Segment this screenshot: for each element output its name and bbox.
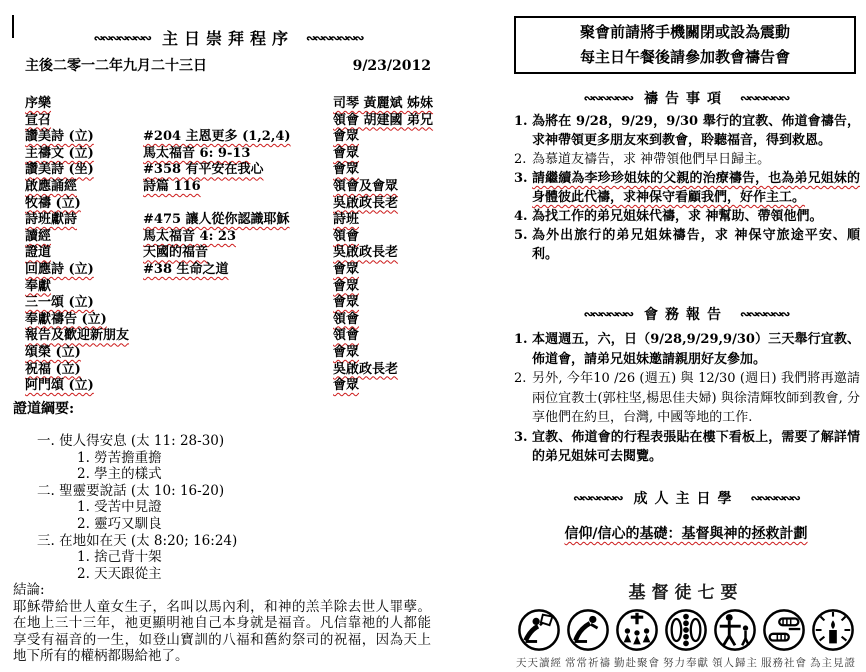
program-row: 奉獻會眾 <box>25 275 431 292</box>
ornament-chain-right: ∾∾∾∾∾∾∾ <box>306 31 362 45</box>
report-section-title: 會務報告 <box>644 304 728 324</box>
essential-item: 常常祈禱 <box>565 608 612 670</box>
item-number: 5. <box>514 226 532 264</box>
outline-point: 三. 在地如在天 (太 8:20; 16:24) <box>37 533 433 550</box>
program-row: 牧禱 (立)吳啟政長老 <box>25 192 431 209</box>
essential-item: 勤赴聚會 <box>614 608 661 670</box>
seven-essentials-section: 基督徒七要 天天讀經 常常祈禱 勤赴聚會 努力奉獻 <box>512 578 860 670</box>
serving-icon <box>762 608 806 652</box>
program-table: 序樂司琴 黃麗斌 姊妹 宣召領會 胡建國 弟兄 讚美詩 (立)#204 主恩更多… <box>25 92 431 391</box>
program-row: 詩班獻詩#475 讓人從你認識耶穌詩班 <box>25 208 431 225</box>
program-row: 主禱文 (立)馬太福音 6: 9-13會眾 <box>25 142 431 159</box>
item-number: 3. <box>514 428 532 467</box>
sermon-outline-list: 一. 使人得安息 (太 11: 28-30) 1. 勞苦擔重擔 2. 學主的樣式… <box>13 433 433 582</box>
item-text: 宜教、佈道會的行程表張貼在樓下看板上，需要了解詳情的弟兄姐妹可去閱覽。 <box>532 428 860 467</box>
offering-icon <box>664 608 708 652</box>
date-row: 主後二零一二年九月二十三日 9/23/2012 <box>25 55 431 75</box>
prayer-section-title: 禱告事項 <box>644 88 728 108</box>
program-item: 阿門頌 (立) <box>25 378 94 393</box>
program-content: #38 生命之道 <box>143 262 229 277</box>
praying-icon <box>566 608 610 652</box>
essential-label: 領人歸主 <box>712 655 758 670</box>
outline-subpoint: 2. 靈巧又馴良 <box>77 516 433 533</box>
item-text: 為找工作的弟兄姐妹代禱，求 神幫助、帶領他們。 <box>532 207 860 226</box>
item-number: 2. <box>514 369 532 428</box>
item-text: 本週週五，六，日（9/28,9/29,9/30）三天舉行宜教、佈道會，請弟兄姐妹… <box>532 330 860 369</box>
date-chinese: 主後二零一二年九月二十三日 <box>25 55 207 75</box>
report-item: 3.宜教、佈道會的行程表張貼在樓下看板上，需要了解詳情的弟兄姐妹可去閱覽。 <box>514 428 860 467</box>
report-item: 1.本週週五，六，日（9/28,9/29,9/30）三天舉行宜教、佈道會，請弟兄… <box>514 330 860 369</box>
ornament-chain-left: ∾∾∾∾∾∾ <box>584 91 632 105</box>
notice-line-2: 每主日午餐後請參加教會禱告會 <box>520 45 850 70</box>
item-text: 為外出旅行的弟兄姐妹禱告，求 神保守旅途平安、順利。 <box>532 226 860 264</box>
item-text: 為慕道友禱告，求 神帶領他們早日歸主。 <box>532 150 860 169</box>
prayer-item: 3.請繼續為李珍珍姐妹的父親的治療禱告，也為弟兄姐妹的身體彼此代禱，求神保守看顧… <box>514 169 860 207</box>
seven-essentials-icons: 天天讀經 常常祈禱 勤赴聚會 努力奉獻 領人歸主 <box>512 608 860 670</box>
item-number: 1. <box>514 112 532 150</box>
prayer-item: 2.為慕道友禱告，求 神帶領他們早日歸主。 <box>514 150 860 169</box>
ornament-chain-left: ∾∾∾∾∾∾ <box>573 491 621 505</box>
essential-label: 常常祈禱 <box>565 655 611 670</box>
outline-subpoint: 1. 捨己背十架 <box>77 549 433 566</box>
ornament-chain-right: ∾∾∾∾∾∾ <box>740 91 788 105</box>
item-text: 另外, 今年10 /26 (週五) 與 12/30 (週日) 我們將再邀請兩位宜… <box>532 369 860 428</box>
essential-label: 服務社會 <box>761 655 807 670</box>
prayer-item: 4.為找工作的弟兄姐妹代禱，求 神幫助、帶領他們。 <box>514 207 860 226</box>
program-row: 奉獻禱告 (立)領會 <box>25 308 431 325</box>
worship-order-title-row: ∾∾∾∾∾∾∾ 主日崇拜程序 ∾∾∾∾∾∾∾ <box>25 26 431 49</box>
program-row: 讀經馬太福音 4: 23領會 <box>25 225 431 242</box>
program-row: 三一頌 (立)會眾 <box>25 291 431 308</box>
essential-item: 服務社會 <box>761 608 808 670</box>
program-row: 報告及歡迎新朋友領會 <box>25 324 431 341</box>
item-number: 3. <box>514 169 532 207</box>
essential-label: 努力奉獻 <box>663 655 709 670</box>
meeting-icon <box>615 608 659 652</box>
program-row: 頌榮 (立)會眾 <box>25 341 431 358</box>
essential-label: 勤赴聚會 <box>614 655 660 670</box>
outline-subpoint: 1. 勞苦擔重擔 <box>77 450 433 467</box>
program-row: 證道天國的福音吳啟政長老 <box>25 241 431 258</box>
ornament-chain-right: ∾∾∾∾∾∾ <box>740 307 788 321</box>
sunday-school-title: 成人主日學 <box>634 488 739 508</box>
program-row: 讚美詩 (坐)#358 有平安在我心會眾 <box>25 158 431 175</box>
prayer-items-list: 1.為將在 9/28，9/29，9/30 舉行的宜教、佈道會禱告，求神帶領更多朋… <box>514 112 860 264</box>
report-item: 2.另外, 今年10 /26 (週五) 與 12/30 (週日) 我們將再邀請兩… <box>514 369 860 428</box>
page-title: 主日崇拜程序 <box>162 26 294 49</box>
program-content: 詩篇 116 <box>143 179 201 194</box>
item-number: 4. <box>514 207 532 226</box>
essential-item: 為主見證 <box>810 608 857 670</box>
bulletin-page: ∾∾∾∾∾∾∾ 主日崇拜程序 ∾∾∾∾∾∾∾ 主後二零一二年九月二十三日 9/2… <box>0 0 866 672</box>
prayer-item: 1.為將在 9/28，9/29，9/30 舉行的宜教、佈道會禱告，求神帶領更多朋… <box>514 112 860 150</box>
outline-subpoint: 2. 天天跟從主 <box>77 566 433 583</box>
item-number: 2. <box>514 150 532 169</box>
program-row: 回應詩 (立)#38 生命之道會眾 <box>25 258 431 275</box>
program-row: 阿門頌 (立)會眾 <box>25 374 431 391</box>
prayer-item: 5.為外出旅行的弟兄姐妹禱告，求 神保守旅途平安、順利。 <box>514 226 860 264</box>
ornament-chain-left: ∾∾∾∾∾∾∾ <box>94 31 150 45</box>
prayer-section-header: ∾∾∾∾∾∾ 禱告事項 ∾∾∾∾∾∾ <box>512 88 860 108</box>
notice-line-1: 聚會前請將手機關閉或設為震動 <box>520 20 850 45</box>
item-text: 為將在 9/28，9/29，9/30 舉行的宜教、佈道會禱告，求神帶領更多朋友來… <box>532 112 860 150</box>
witness-icon <box>811 608 855 652</box>
outline-subpoint: 1. 受苦中見證 <box>77 499 433 516</box>
worship-order-column: ∾∾∾∾∾∾∾ 主日崇拜程序 ∾∾∾∾∾∾∾ 主後二零一二年九月二十三日 9/2… <box>25 26 431 391</box>
ornament-chain-left: ∾∾∾∾∾∾ <box>584 307 632 321</box>
report-items-list: 1.本週週五，六，日（9/28,9/29,9/30）三天舉行宜教、佈道會，請弟兄… <box>514 330 860 467</box>
essential-label: 為主見證 <box>810 655 856 670</box>
conclusion-heading: 結論: <box>13 582 433 599</box>
program-who: 會眾 <box>333 378 359 393</box>
essential-label: 天天讀經 <box>516 655 562 670</box>
essential-item: 領人歸主 <box>712 608 759 670</box>
sunday-school-header: ∾∾∾∾∾∾ 成人主日學 ∾∾∾∾∾∾ <box>512 488 860 508</box>
leading-icon <box>713 608 757 652</box>
date-western: 9/23/2012 <box>353 58 431 74</box>
program-row: 啟應誦經詩篇 116領會及會眾 <box>25 175 431 192</box>
outline-point: 一. 使人得安息 (太 11: 28-30) <box>37 433 433 450</box>
essential-item: 天天讀經 <box>516 608 563 670</box>
program-row: 讚美詩 (立)#204 主恩更多 (1,2,4)會眾 <box>25 125 431 142</box>
seven-essentials-title: 基督徒七要 <box>512 578 860 603</box>
outline-subpoint: 2. 學主的樣式 <box>77 466 433 483</box>
text-cursor <box>12 15 14 38</box>
program-row: 序樂司琴 黃麗斌 姊妹 <box>25 92 431 109</box>
program-row: 祝福 (立)吳啟政長老 <box>25 358 431 375</box>
reading-icon <box>517 608 561 652</box>
conclusion-text: 耶穌帶給世人童女生子，名叫以馬內利，和神的羔羊除去世人罪孽。在地上三十三年，祂更… <box>13 599 431 665</box>
report-section-header: ∾∾∾∾∾∾ 會務報告 ∾∾∾∾∾∾ <box>512 304 860 324</box>
announcements-column: 聚會前請將手機關閉或設為震動 每主日午餐後請參加教會禱告會 ∾∾∾∾∾∾ 禱告事… <box>512 0 860 672</box>
sunday-school-topic: 信仰/信心的基礎：基督與神的拯救計劃 <box>512 523 860 543</box>
ornament-chain-right: ∾∾∾∾∾∾ <box>751 491 799 505</box>
notice-box: 聚會前請將手機關閉或設為震動 每主日午餐後請參加教會禱告會 <box>514 16 856 74</box>
outline-point: 二. 聖靈要說話 (太 10: 16-20) <box>37 483 433 500</box>
sermon-outline-section: 證道綱要: 一. 使人得安息 (太 11: 28-30) 1. 勞苦擔重擔 2.… <box>13 398 433 665</box>
item-text: 請繼續為李珍珍姐妹的父親的治療禱告，也為弟兄姐妹的身體彼此代禱，求神保守看顧我們… <box>532 169 860 207</box>
essential-item: 努力奉獻 <box>663 608 710 670</box>
program-row: 宣召領會 胡建國 弟兄 <box>25 109 431 126</box>
item-number: 1. <box>514 330 532 369</box>
sermon-outline-heading: 證道綱要: <box>13 398 433 418</box>
